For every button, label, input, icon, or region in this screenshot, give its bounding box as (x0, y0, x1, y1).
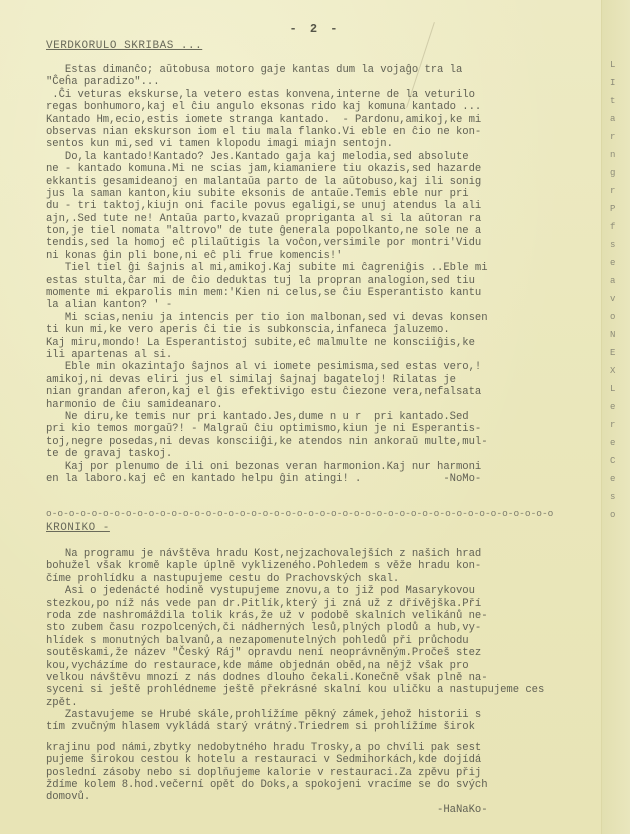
text-line: momente mi ekparolis min mem:'Kien ni ce… (46, 287, 594, 299)
margin-mark: L (610, 384, 615, 394)
margin-mark: N (610, 330, 615, 340)
text-line: Do,la kantado!Kantado? Jes.Kantado gaja … (46, 151, 594, 163)
text-line: Tiel tiel ĝi ŝajnis al mi,amikoj.Kaj sub… (46, 262, 594, 274)
text-line: te de gravaj taskoj. (46, 448, 594, 460)
text-line: tím zvučným hlasem vykládá starý vrátný.… (46, 721, 594, 733)
text-line: .Ĉi veturas ekskurse,la vetero estas kon… (46, 89, 594, 101)
text-line: estas stulta,ĉar mi de ĉio deduktas tuj … (46, 275, 594, 287)
article-body-verdkorulo: Estas dimanĉo; aŭtobusa motoro gaje kant… (46, 64, 594, 485)
text-line: ekkantis gesamideanoj en malantaŭa parto… (46, 176, 594, 188)
text-line: kou,vycházíme do restaurace,kde máme obj… (46, 660, 594, 672)
text-line: observas nian ekskurson iom el tiu mala … (46, 126, 594, 138)
text-line: jus la saman kanton,kiu subite eksonis d… (46, 188, 594, 200)
text-line: syceni si ještě prohlédneme ještě překrá… (46, 684, 594, 696)
margin-mark: e (610, 438, 615, 448)
margin-mark: L (610, 60, 615, 70)
margin-mark: X (610, 366, 615, 376)
text-line: ni konas ĝin pli bone,ni eĉ pli frue kom… (46, 250, 594, 262)
margin-mark: r (610, 420, 615, 430)
margin-mark: e (610, 402, 615, 412)
text-line: ne - kantado komuna.Mi ne scias jam,kiam… (46, 163, 594, 175)
margin-mark: E (610, 348, 615, 358)
margin-mark: s (610, 240, 615, 250)
text-line: Kantado Hm,ecio,estis iomete stranga kan… (46, 114, 594, 126)
text-line: velkou návštěvu mnozí z nás dodnes dlouh… (46, 672, 594, 684)
article-body-kroniko: Na programu je návštěva hradu Kost,nejza… (46, 548, 594, 816)
text-line: Zastavujeme se Hrubé skále,prohlížíme pě… (46, 709, 594, 721)
margin-mark: v (610, 294, 615, 304)
text-line: Kaj por plenumo de ili oni bezonas veran… (46, 461, 594, 473)
text-line: zpět. (46, 697, 594, 709)
text-line: sto zubem času rozpolcených,či nádhernýc… (46, 622, 594, 634)
margin-mark: a (610, 114, 615, 124)
text-line: Kaj miru,mondo! La Esperantistoj subite,… (46, 337, 594, 349)
text-line: amikoj,ni devas eliri jus el similaj ŝaj… (46, 374, 594, 386)
text-line: číme prohlídku a nastupujeme cestu do Pr… (46, 573, 594, 585)
text-line: bohužel však kromě kaple úplně vyklizené… (46, 560, 594, 572)
text-line: tendis,sed la homoj eĉ plilaŭtigis la vo… (46, 237, 594, 249)
article-title-kroniko: KRONIKO - (46, 522, 110, 534)
margin-mark: o (610, 312, 615, 322)
text-line: Mi scias,neniu ja intencis per tio ion m… (46, 312, 594, 324)
adjacent-page-edge: LItarngrPfseavoNEXLereCeso (601, 0, 630, 834)
margin-mark: t (610, 96, 615, 106)
text-line: sentos kun mi,sed vi tamen klopodu imagi… (46, 138, 594, 150)
text-line: du - tri taktoj,kiujn oni facile povus e… (46, 200, 594, 212)
text-line: ždíme kolem 8.hod.večerní opět do Doks,a… (46, 779, 594, 791)
margin-mark: P (610, 204, 615, 214)
text-line: Asi o jedenácté hodině vystupujeme znovu… (46, 585, 594, 597)
text-line: pujeme širokou cestou k hotelu a restaur… (46, 754, 594, 766)
text-line: Ne diru,ke temis nur pri kantado.Jes,dum… (46, 411, 594, 423)
text-line: toj,negre posedas,ni devas konsciiĝi,ke … (46, 436, 594, 448)
paragraph-gap (46, 734, 594, 742)
text-line: poslední zásoby nebo si doplňujeme kalor… (46, 767, 594, 779)
text-line: ti kun mi,ke vero aperis ĉi tie is subko… (46, 324, 594, 336)
text-line: pri kio temos morgaŭ?! - Malgraŭ ĉiu opt… (46, 423, 594, 435)
text-line: roda zde nashromáždila tolik krás,že už … (46, 610, 594, 622)
text-line: regas bonhumoro,kaj el ĉiu angulo eksona… (46, 101, 594, 113)
text-line: -HaNaKo- (46, 804, 594, 816)
margin-mark: g (610, 168, 615, 178)
margin-mark: e (610, 474, 615, 484)
margin-mark: s (610, 492, 615, 502)
text-line: Na programu je návštěva hradu Kost,nejza… (46, 548, 594, 560)
article-title-verdkorulo: VERDKORULO SKRIBAS ... (46, 40, 202, 52)
text-line: la alian kanton? ' - (46, 299, 594, 311)
margin-mark: n (610, 150, 615, 160)
margin-mark: I (610, 78, 615, 88)
text-line: nian grandan aferon,kaj el ĝis efektivig… (46, 386, 594, 398)
page-number: - 2 - (0, 22, 630, 36)
margin-mark: o (610, 510, 615, 520)
margin-mark: e (610, 258, 615, 268)
text-line: ton,je tiel nomata "altrovo" de tute ĝen… (46, 225, 594, 237)
margin-mark: C (610, 456, 615, 466)
text-line: hlídek s monutných balvanů,a nezapomenut… (46, 635, 594, 647)
text-line: en la laboro.kaj eĉ en kantado helpu ĝin… (46, 473, 594, 485)
section-divider: o-o-o-o-o-o-o-o-o-o-o-o-o-o-o-o-o-o-o-o-… (46, 508, 594, 519)
text-line: domovů. (46, 791, 594, 803)
text-line: stezkou,po níž nás vede pan dr.Pitlík,kt… (46, 598, 594, 610)
text-line: ili apartenas al si. (46, 349, 594, 361)
text-line: Estas dimanĉo; aŭtobusa motoro gaje kant… (46, 64, 594, 76)
margin-mark: r (610, 186, 615, 196)
margin-mark: a (610, 276, 615, 286)
text-line: soutěskami,že název "Český Ráj" opravdu … (46, 647, 594, 659)
text-line: harmonio de ĉiu samideanaro. (46, 399, 594, 411)
margin-mark: f (610, 222, 615, 232)
text-line: ajn,.Sed tute ne! Antaŭa parto,kvazaŭ pr… (46, 213, 594, 225)
text-line: Eble min okazintaĵo ŝajnos al vi iomete … (46, 361, 594, 373)
text-line: krajinu pod námi,zbytky nedobytného hrad… (46, 742, 594, 754)
margin-mark: r (610, 132, 615, 142)
text-line: "Ĉeĥa paradizo"... (46, 76, 594, 88)
